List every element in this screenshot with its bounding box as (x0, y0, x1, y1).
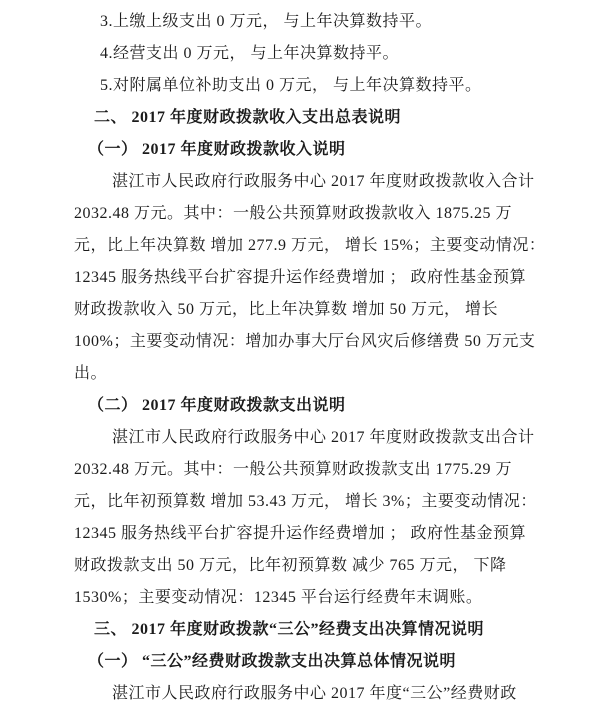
heading-line: （二） 2017 年度财政拨款支出说明 (74, 390, 520, 422)
text-line: 1530%；主要变动情况：12345 平台运行经费年末调账。 (74, 582, 520, 614)
text-line: 湛江市人民政府行政服务中心 2017 年度“三公”经费财政 (74, 678, 520, 710)
text-line: 元，比上年决算数 增加 277.9 万元， 增长 15%；主要变动情况： (74, 230, 520, 262)
text-line: 出。 (74, 358, 520, 390)
text-line: 财政拨款支出 50 万元，比年初预算数 减少 765 万元， 下降 (74, 550, 520, 582)
text-line: 12345 服务热线平台扩容提升运作经费增加 ； 政府性基金预算 (74, 518, 520, 550)
heading-line: 二、 2017 年度财政拨款收入支出总表说明 (74, 102, 520, 134)
text-line: 2032.48 万元。其中：一般公共预算财政拨款收入 1875.25 万 (74, 198, 520, 230)
document-page: 3.上缴上级支出 0 万元， 与上年决算数持平。4.经营支出 0 万元， 与上年… (0, 0, 594, 717)
text-line: 湛江市人民政府行政服务中心 2017 年度财政拨款支出合计 (74, 422, 520, 454)
text-line: 湛江市人民政府行政服务中心 2017 年度财政拨款收入合计 (74, 166, 520, 198)
text-line: 元，比年初预算数 增加 53.43 万元， 增长 3%；主要变动情况： (74, 486, 520, 518)
text-line: 3.上缴上级支出 0 万元， 与上年决算数持平。 (74, 6, 520, 38)
text-line: 4.经营支出 0 万元， 与上年决算数持平。 (74, 38, 520, 70)
text-line: 财政拨款收入 50 万元，比上年决算数 增加 50 万元， 增长 (74, 294, 520, 326)
heading-line: 三、 2017 年度财政拨款“三公”经费支出决算情况说明 (74, 614, 520, 646)
text-line: 2032.48 万元。其中：一般公共预算财政拨款支出 1775.29 万 (74, 454, 520, 486)
heading-line: （一） “三公”经费财政拨款支出决算总体情况说明 (74, 646, 520, 678)
text-line: 12345 服务热线平台扩容提升运作经费增加 ； 政府性基金预算 (74, 262, 520, 294)
text-line: 5.对附属单位补助支出 0 万元， 与上年决算数持平。 (74, 70, 520, 102)
heading-line: （一） 2017 年度财政拨款收入说明 (74, 134, 520, 166)
text-line: 100%；主要变动情况：增加办事大厅台风灾后修缮费 50 万元支 (74, 326, 520, 358)
